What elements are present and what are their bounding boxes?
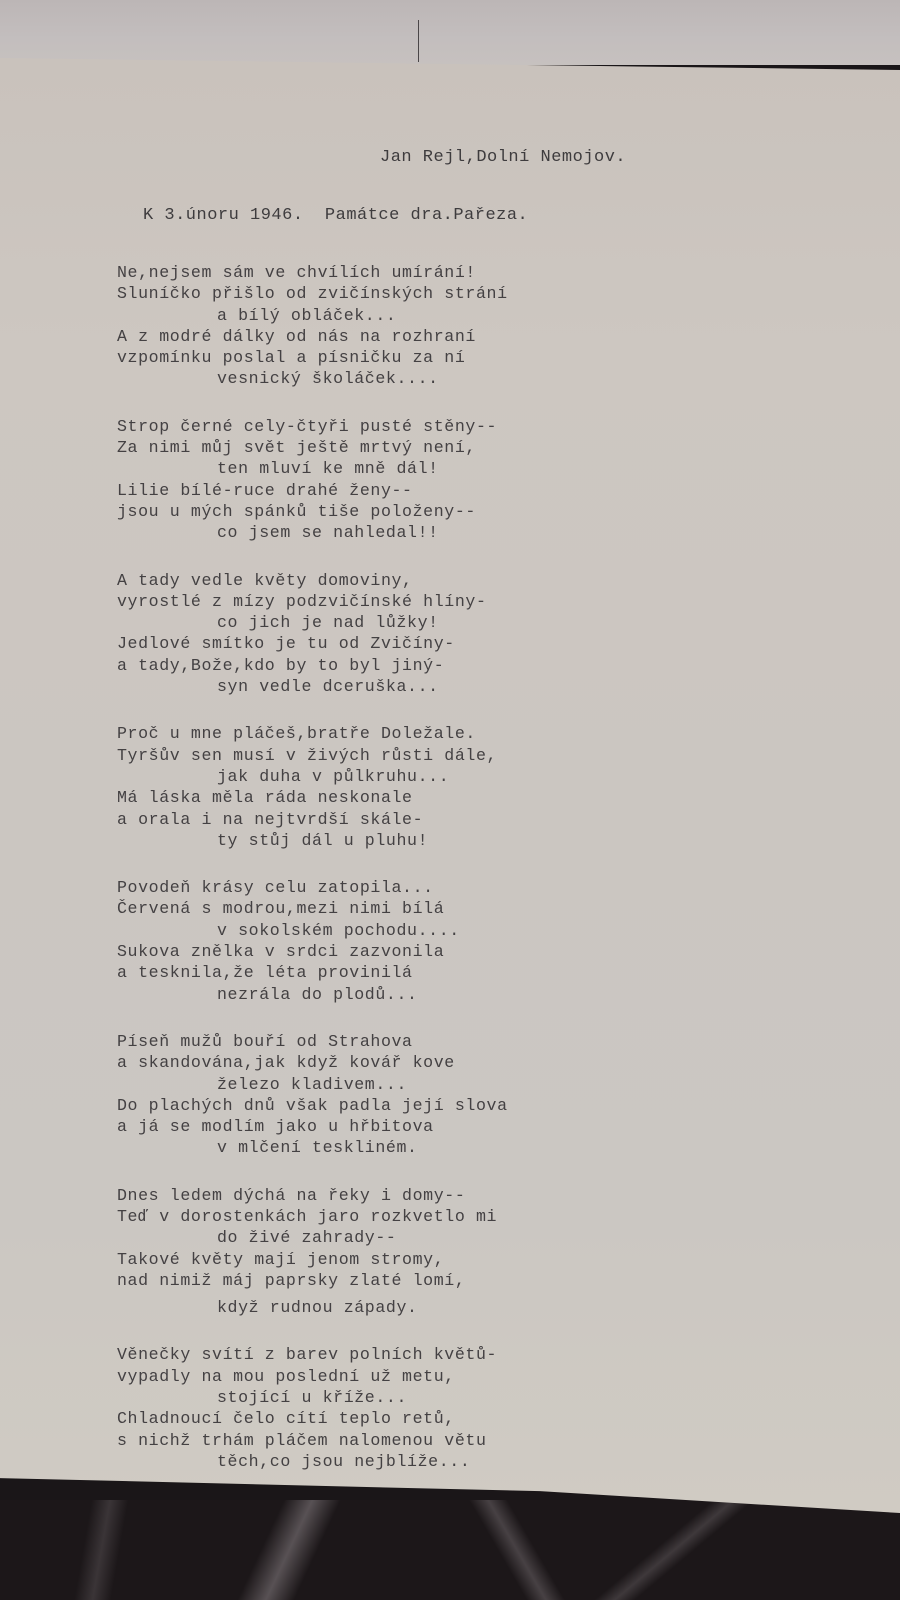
- poem-line: v sokolském pochodu....: [117, 920, 717, 941]
- stanza: Povodeň krásy celu zatopila... Červená s…: [117, 877, 717, 1005]
- poem-line: vzpomínku poslal a písničku za ní: [117, 347, 717, 368]
- poem-line: ty stůj dál u pluhu!: [117, 830, 717, 851]
- poem-line: ten mluví ke mně dál!: [117, 458, 717, 479]
- stanza: Dnes ledem dýchá na řeky i domy-- Teď v …: [117, 1185, 717, 1319]
- poem-body: Ne,nejsem sám ve chvílích umírání! Sluní…: [117, 262, 717, 1498]
- poem-line: vesnický školáček....: [117, 368, 717, 389]
- poem-line: vyrostlé z mízy podzvičínské hlíny-: [117, 591, 717, 612]
- stanza: Proč u mne pláčeš,bratře Doležale. Tyršů…: [117, 723, 717, 851]
- poem-line: Proč u mne pláčeš,bratře Doležale.: [117, 723, 717, 744]
- poem-line: a tesknila,že léta provinilá: [117, 962, 717, 983]
- poem-line: když rudnou západy.: [117, 1297, 717, 1318]
- poem-line: Má láska měla ráda neskonale: [117, 787, 717, 808]
- poem-line: syn vedle dceruška...: [117, 676, 717, 697]
- poem-line: Takové květy mají jenom stromy,: [117, 1249, 717, 1270]
- poem-line: a já se modlím jako u hřbitova: [117, 1116, 717, 1137]
- poem-line: co jsem se nahledal!!: [117, 522, 717, 543]
- poem-line: Dnes ledem dýchá na řeky i domy--: [117, 1185, 717, 1206]
- poem-line: jsou u mých spánků tiše položeny--: [117, 501, 717, 522]
- poem-line: a orala i na nejtvrdší skále-: [117, 809, 717, 830]
- poem-line: jak duha v půlkruhu...: [117, 766, 717, 787]
- poem-line: A tady vedle květy domoviny,: [117, 570, 717, 591]
- poem-line: Ne,nejsem sám ve chvílích umírání!: [117, 262, 717, 283]
- stanza: A tady vedle květy domoviny, vyrostlé z …: [117, 570, 717, 698]
- poem-line: těch,co jsou nejblíže...: [117, 1451, 717, 1472]
- poem-line: a skandována,jak když kovář kove: [117, 1052, 717, 1073]
- poem-line: stojící u kříže...: [117, 1387, 717, 1408]
- poem-line: nezrála do plodů...: [117, 984, 717, 1005]
- poem-line: železo kladivem...: [117, 1074, 717, 1095]
- poem-heading: K 3.únoru 1946. Památce dra.Pařeza.: [143, 206, 528, 225]
- poem-line: Jedlové smítko je tu od Zvičíny-: [117, 633, 717, 654]
- stanza: Píseň mužů bouří od Strahova a skandován…: [117, 1031, 717, 1159]
- stanza: Věnečky svítí z barev polních květů- vyp…: [117, 1344, 717, 1472]
- poem-line: Lilie bílé-ruce drahé ženy--: [117, 480, 717, 501]
- poem-line: Píseň mužů bouří od Strahova: [117, 1031, 717, 1052]
- poem-line: Tyršův sen musí v živých růsti dále,: [117, 745, 717, 766]
- poem-line: a tady,Bože,kdo by to byl jiný-: [117, 655, 717, 676]
- poem-line: do živé zahrady--: [117, 1227, 717, 1248]
- poem-line: a bílý obláček...: [117, 305, 717, 326]
- stanza: Strop černé cely-čtyři pusté stěny-- Za …: [117, 416, 717, 544]
- poem-line: vypadly na mou poslední už metu,: [117, 1366, 717, 1387]
- author-line: Jan Rejl,Dolní Nemojov.: [380, 148, 626, 167]
- poem-line: Povodeň krásy celu zatopila...: [117, 877, 717, 898]
- back-sheet: [0, 0, 900, 65]
- poem-line: A z modré dálky od nás na rozhraní: [117, 326, 717, 347]
- poem-line: Sluníčko přišlo od zvičínských strání: [117, 283, 717, 304]
- stanza: Ne,nejsem sám ve chvílích umírání! Sluní…: [117, 262, 717, 390]
- poem-line: v mlčení teskliném.: [117, 1137, 717, 1158]
- poem-line: Chladnoucí čelo cítí teplo retů,: [117, 1408, 717, 1429]
- poem-line: Věnečky svítí z barev polních květů-: [117, 1344, 717, 1365]
- poem-line: Teď v dorostenkách jaro rozkvetlo mi: [117, 1206, 717, 1227]
- poem-line: nad nimiž máj paprsky zlaté lomí,: [117, 1270, 717, 1291]
- poem-line: Sukova znělka v srdci zazvonila: [117, 941, 717, 962]
- poem-line: Do plachých dnů však padla její slova: [117, 1095, 717, 1116]
- poem-line: Strop černé cely-čtyři pusté stěny--: [117, 416, 717, 437]
- poem-line: s nichž trhám pláčem nalomenou větu: [117, 1430, 717, 1451]
- pencil-mark: [418, 20, 419, 62]
- poem-line: Červená s modrou,mezi nimi bílá: [117, 898, 717, 919]
- poem-line: co jich je nad lůžky!: [117, 612, 717, 633]
- poem-line: Za nimi můj svět ještě mrtvý není,: [117, 437, 717, 458]
- marble-surface: [0, 1500, 900, 1600]
